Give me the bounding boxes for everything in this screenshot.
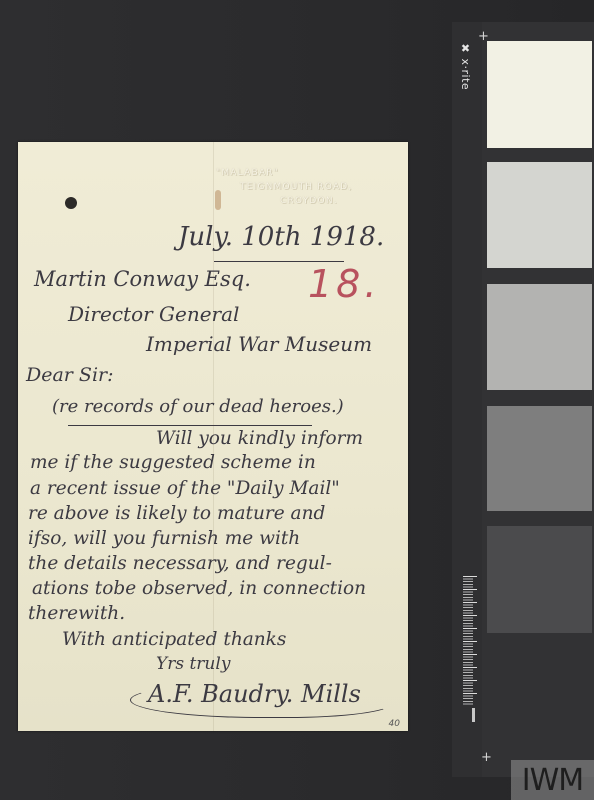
swatch-mid-grey — [487, 406, 592, 511]
xrite-logo-icon: ✖ — [459, 42, 472, 56]
rust-stain — [215, 190, 221, 210]
xrite-brand: ✖x·rite — [458, 42, 472, 102]
body-line: me if the suggested scheme in — [30, 452, 316, 473]
letterhead-house-name: "MALABAR" — [216, 168, 279, 178]
subject-underline — [68, 425, 312, 426]
body-line: Will you kindly inform — [156, 428, 363, 449]
crosshair-icon: + — [481, 751, 492, 764]
page-number: 40 — [389, 719, 400, 729]
punch-hole — [65, 197, 77, 209]
swatch-mid-light-grey — [487, 284, 592, 390]
addressee-name: Martin Conway Esq. — [34, 267, 251, 291]
closing-line: With anticipated thanks — [62, 629, 286, 650]
scale-ruler-major-ticks — [463, 576, 477, 706]
body-line: therewith. — [28, 603, 125, 624]
addressee-title: Director General — [68, 302, 239, 326]
body-line: ations tobe observed, in connection — [32, 578, 366, 599]
swatch-white — [487, 41, 592, 148]
body-line: ifso, will you furnish me with — [28, 528, 300, 549]
xrite-brand-text: x·rite — [459, 59, 472, 91]
letterhead-street: TEIGNMOUTH ROAD, — [240, 182, 352, 192]
letterhead-town: CROYDON. — [280, 196, 338, 206]
body-line: the details necessary, and regul- — [28, 553, 332, 574]
reference-number: 18. — [308, 262, 380, 306]
signature: A.F. Baudry. Mills — [148, 680, 361, 708]
letter-page: "MALABAR" TEIGNMOUTH ROAD, CROYDON. July… — [18, 142, 408, 731]
addressee-organisation: Imperial War Museum — [146, 332, 372, 356]
subject-line: (re records of our dead heroes.) — [52, 396, 344, 417]
scale-ruler-tab — [472, 708, 475, 722]
swatch-dark-grey — [487, 526, 592, 633]
iwm-watermark: IWM — [511, 760, 594, 800]
swatch-light-grey — [487, 162, 592, 268]
letter-date: July. 10th 1918. — [178, 222, 384, 252]
body-line: a recent issue of the "Daily Mail" — [30, 478, 340, 499]
body-line: re above is likely to mature and — [28, 503, 325, 524]
valediction: Yrs truly — [156, 654, 230, 674]
salutation: Dear Sir: — [26, 364, 114, 386]
